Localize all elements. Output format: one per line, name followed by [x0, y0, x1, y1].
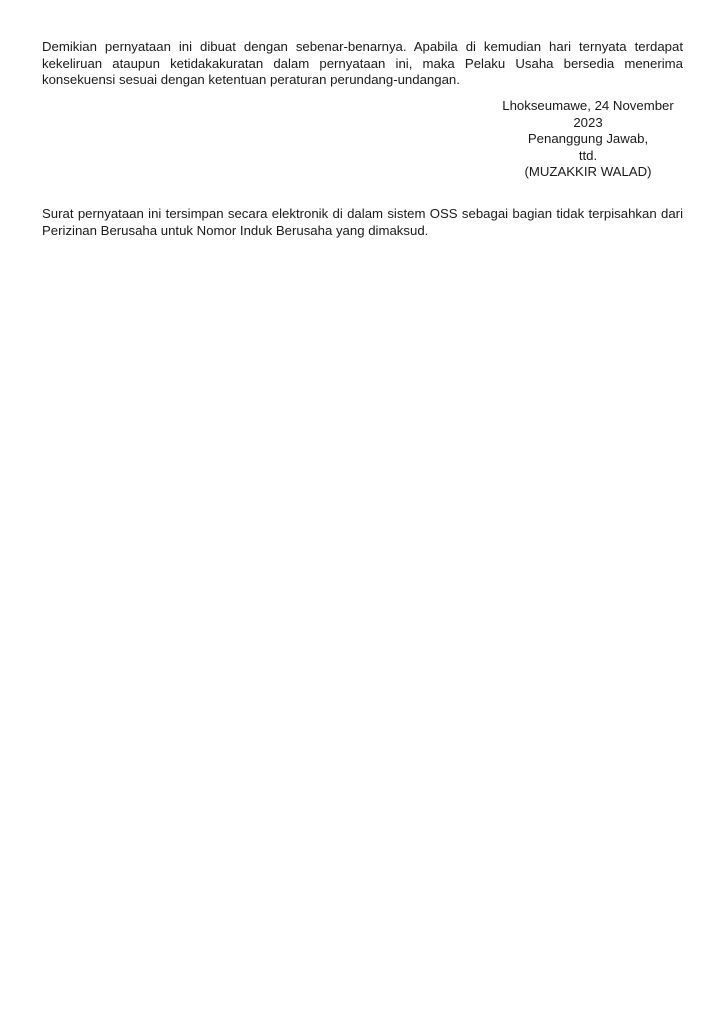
signature-mark: ttd. — [494, 148, 682, 165]
signature-block: Lhokseumawe, 24 November 2023 Penanggung… — [494, 98, 682, 181]
signature-role: Penanggung Jawab, — [494, 131, 682, 148]
signature-place-date: Lhokseumawe, 24 November — [494, 98, 682, 115]
declaration-paragraph: Demikian pernyataan ini dibuat dengan se… — [42, 39, 683, 89]
signatory-name: (MUZAKKIR WALAD) — [494, 164, 682, 181]
document-page: Demikian pernyataan ini dibuat dengan se… — [0, 0, 724, 1024]
signature-year: 2023 — [494, 115, 682, 132]
storage-paragraph: Surat pernyataan ini tersimpan secara el… — [42, 206, 683, 239]
